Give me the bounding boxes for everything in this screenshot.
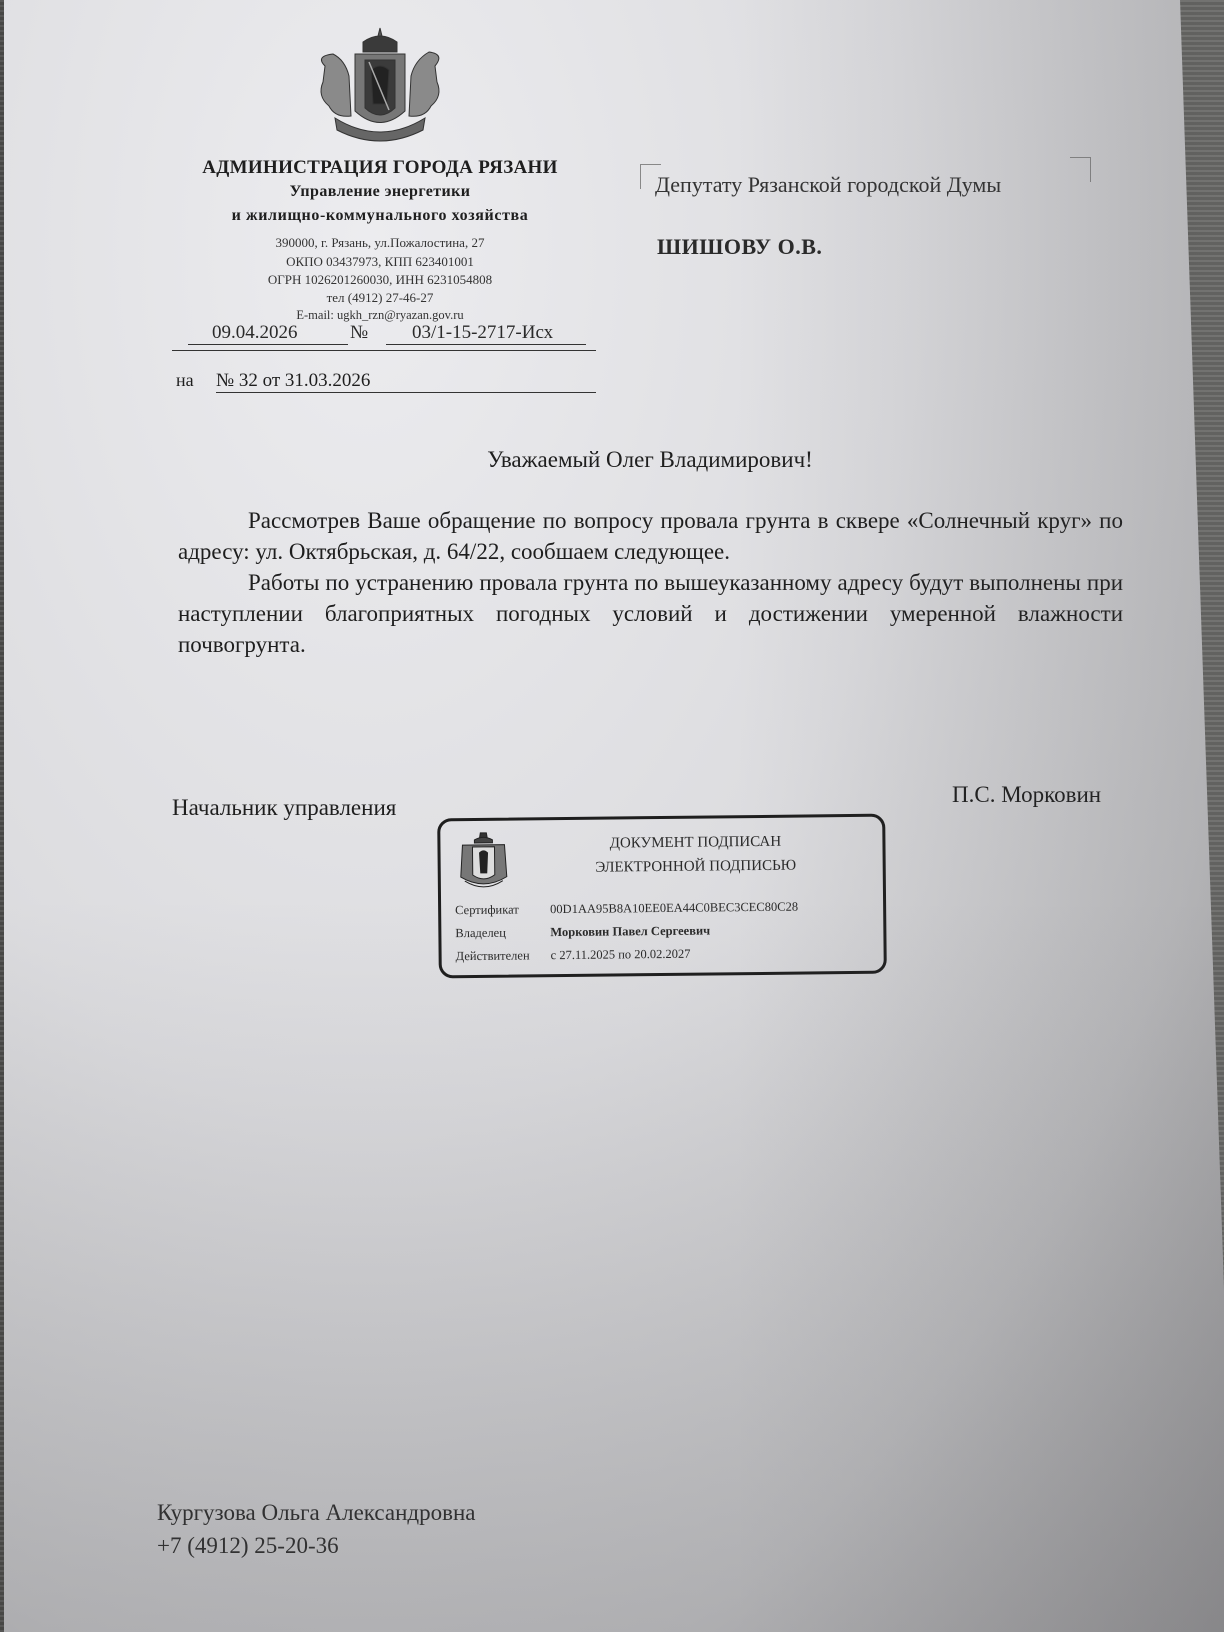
email: E-mail: ugkh_rzn@ryazan.gov.ru <box>170 308 590 323</box>
outgoing-number: 03/1-15-2717-Исх <box>386 322 586 345</box>
validity-label: Действителен <box>456 948 551 964</box>
reference-number: № 32 от 31.03.2026 <box>216 370 596 393</box>
coat-of-arms-icon <box>454 831 513 894</box>
letter-page: АДМИНИСТРАЦИЯ ГОРОДА РЯЗАНИ Управление э… <box>0 0 1224 1632</box>
salutation: Уважаемый Олег Владимирович! <box>150 447 1150 473</box>
owner-value: Морковин Павел Сергеевич <box>550 923 710 939</box>
addressee-corner-right <box>1070 157 1091 182</box>
certificate-value: 00D1AA95B8A10EE0EA44C0BEC3CEC80C28 <box>550 900 798 917</box>
address: 390000, г. Рязань, ул.Пожалостина, 27 <box>170 235 590 251</box>
addressee-position: Депутату Рязанской городской Думы <box>655 172 1001 198</box>
signer-position: Начальник управления <box>172 795 396 821</box>
stamp-heading-line2: ЭЛЕКТРОННОЙ ПОДПИСЬЮ <box>531 853 861 880</box>
paragraph-1: Рассмотрев Ваше обращение по вопросу про… <box>178 505 1123 567</box>
signer-name: П.С. Морковин <box>952 782 1101 808</box>
department-name-line2: и жилищно-коммунального хозяйства <box>170 207 590 225</box>
owner-row: ВладелецМорковин Павел Сергеевич <box>455 923 710 941</box>
divider <box>172 350 596 351</box>
validity-value: с 27.11.2025 по 20.02.2027 <box>551 947 691 962</box>
reference-prefix: на <box>176 370 216 391</box>
stamp-heading: ДОКУМЕНТ ПОДПИСАН ЭЛЕКТРОННОЙ ПОДПИСЬЮ <box>530 829 860 880</box>
stamp-heading-line1: ДОКУМЕНТ ПОДПИСАН <box>530 829 860 856</box>
executor-name: Кургузова Ольга Александровна <box>157 1500 475 1526</box>
executor-phone: +7 (4912) 25-20-36 <box>157 1533 339 1559</box>
addressee-name: ШИШОВУ О.В. <box>657 234 822 260</box>
certificate-label: Сертификат <box>455 902 550 918</box>
certificate-row: Сертификат00D1AA95B8A10EE0EA44C0BEC3CEC8… <box>455 900 798 919</box>
paragraph-2: Работы по устранению провала грунта по в… <box>178 567 1123 660</box>
owner-label: Владелец <box>455 925 550 941</box>
electronic-signature-stamp: ДОКУМЕНТ ПОДПИСАН ЭЛЕКТРОННОЙ ПОДПИСЬЮ С… <box>437 814 887 979</box>
okpo-kpp: ОКПО 03437973, КПП 623401001 <box>170 254 590 270</box>
phone: тел (4912) 27-46-27 <box>170 290 590 306</box>
organization-title: АДМИНИСТРАЦИЯ ГОРОДА РЯЗАНИ <box>170 157 590 179</box>
coat-of-arms-icon <box>305 26 455 151</box>
registration-line: 09.04.2026 № 03/1-15-2717-Исх <box>180 322 590 344</box>
number-sign: № <box>350 322 368 344</box>
validity-row: Действителенс 27.11.2025 по 20.02.2027 <box>456 947 691 964</box>
ogrn-inn: ОГРН 1026201260030, ИНН 6231054808 <box>170 272 590 288</box>
department-name-line1: Управление энергетики <box>170 183 590 201</box>
outgoing-date: 09.04.2026 <box>188 322 348 345</box>
reference-line: на№ 32 от 31.03.2026 <box>176 370 600 393</box>
